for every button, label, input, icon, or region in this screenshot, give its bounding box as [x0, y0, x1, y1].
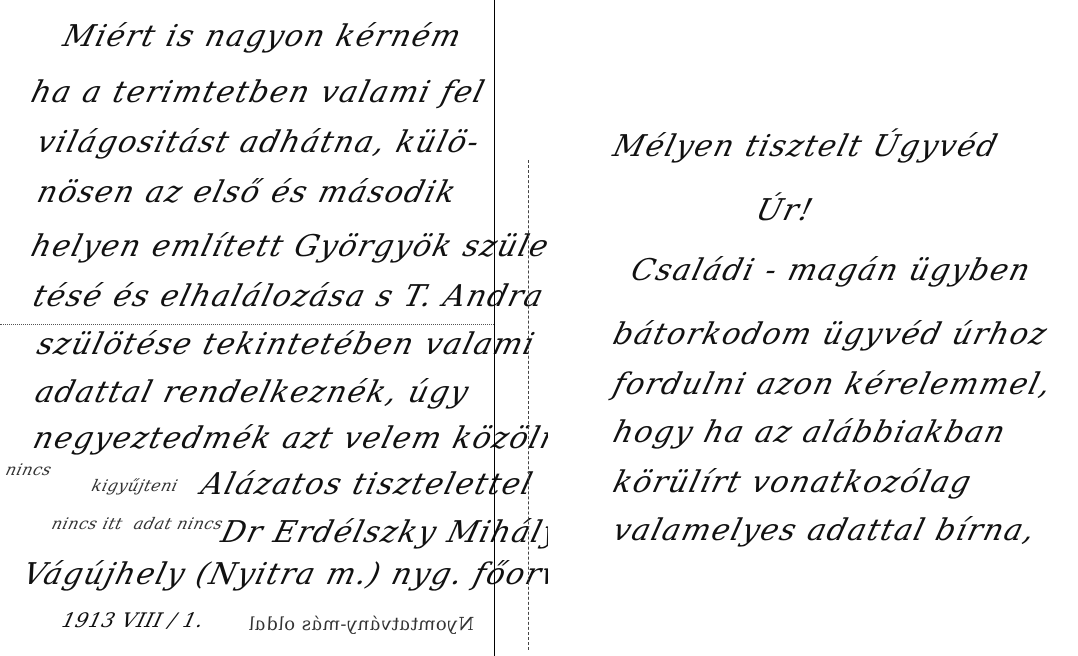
bleed-through-text: Nyomtatvány-más oldal — [246, 616, 476, 634]
fold-line — [0, 324, 494, 325]
signature-location: Vágújhely (Nyitra m.) nyg. főorvos — [20, 560, 600, 590]
letter-line: nösen az első és második — [34, 178, 460, 208]
letter-line: szülötése tekintetében valami — [34, 330, 538, 360]
letter-line: tésé és elhalálozása s T. Andra — [30, 282, 547, 312]
letter-line: helyen említett Györgyök szüle- — [28, 232, 564, 262]
letter-line: bátorkodom ügyvéd úrhoz — [610, 320, 1051, 350]
letter-line: világositást adhátna, külö- — [34, 128, 483, 158]
signature: Dr Erdélszky Mihály — [218, 518, 565, 548]
letter-date: 1913 VIII / 1. — [60, 610, 206, 630]
letter-line: Miért is nagyon kérném — [60, 22, 465, 52]
closing-line: Alázatos tisztelettel — [198, 470, 536, 500]
letter-line: körülírt vonatkozólag — [610, 468, 975, 498]
margin-note: nincs itt — [50, 516, 124, 532]
letter-line: Családi - magán ügyben — [628, 256, 1034, 286]
page-edge-shadow — [528, 160, 529, 650]
letter-line: ha a terimtetben valami fel — [28, 78, 488, 108]
page-edge — [494, 0, 495, 656]
salutation-line: Úr! — [753, 196, 817, 226]
letter-line: fordulni azon kérelemmel, — [610, 370, 1055, 400]
letter-line: hogy ha az alábbiakban — [610, 418, 1009, 448]
right-page: Mélyen tisztelt Úgyvéd Úr! Családi - mag… — [548, 0, 1078, 656]
letter-line: adattal rendelkeznék, úgy — [32, 378, 473, 408]
left-page: Miért is nagyon kérném ha a terimtetben … — [0, 0, 494, 656]
margin-note: adat nincs — [132, 516, 225, 532]
salutation-line: Mélyen tisztelt Úgyvéd — [610, 132, 1001, 162]
margin-note: nincs — [4, 462, 53, 478]
margin-note: kigyűjteni — [90, 478, 180, 494]
letter-line: valamelyes adattal bírna, — [610, 516, 1039, 546]
